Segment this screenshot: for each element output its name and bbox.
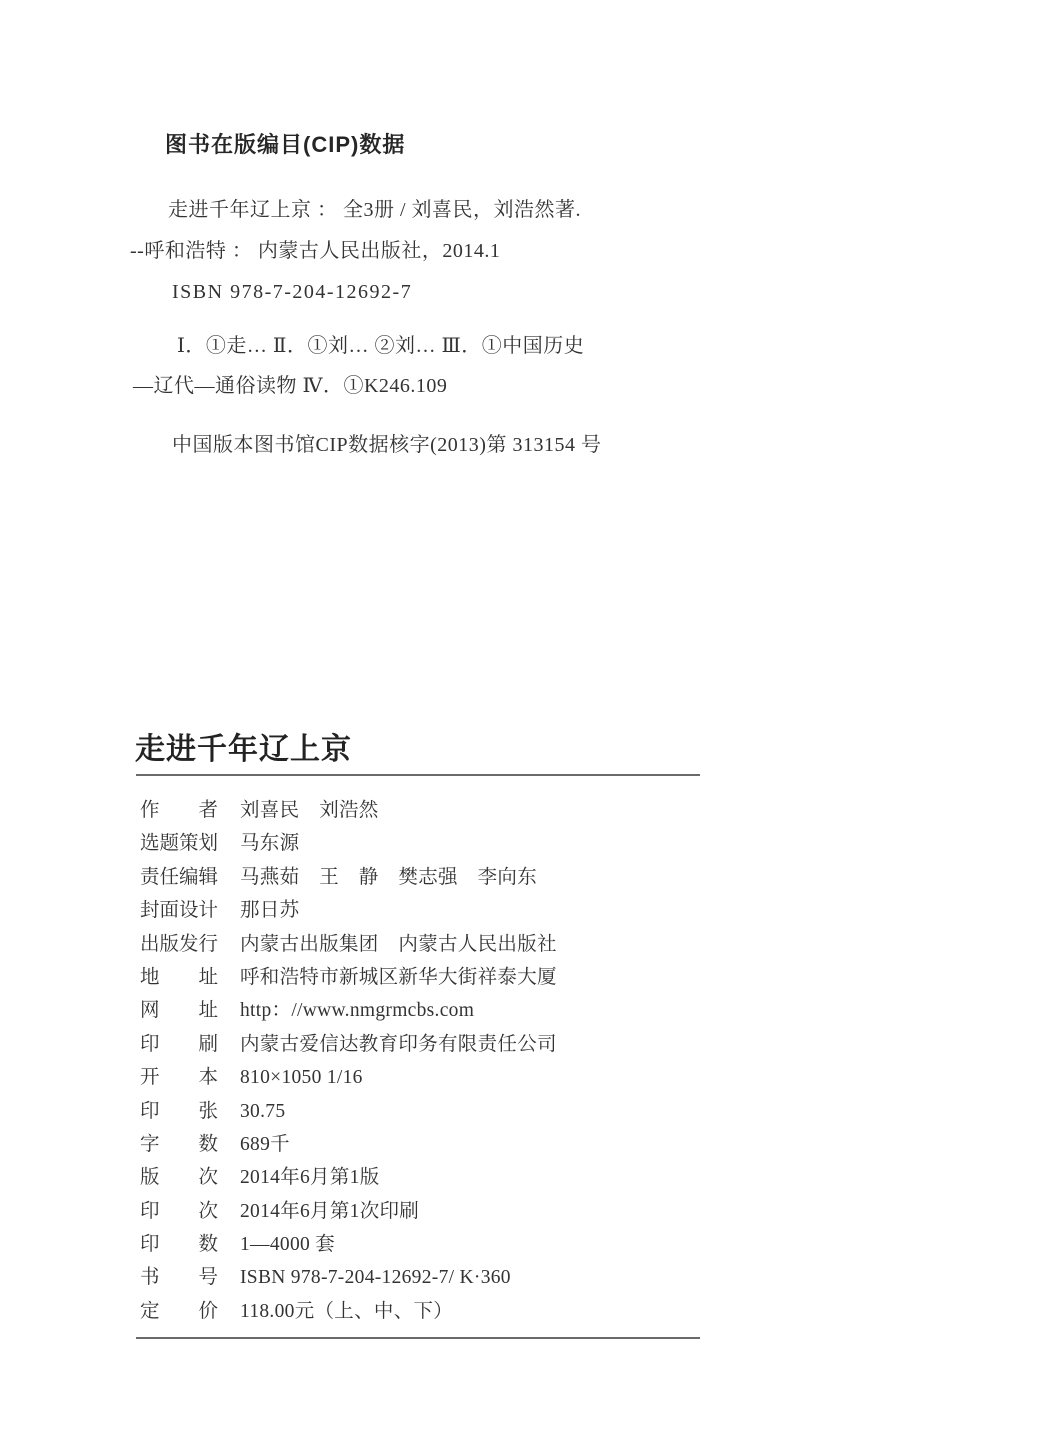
colophon-value: 内蒙古爱信达教育印务有限责任公司 — [240, 1028, 557, 1056]
colophon-label: 印次 — [140, 1195, 218, 1223]
colophon-value: 那日苏 — [240, 894, 299, 922]
colophon-row: 书号 ISBN 978-7-204-12692-7/ K·360 — [140, 1261, 760, 1294]
colophon-row: 印张 30.75 — [140, 1095, 760, 1128]
colophon-row: 印数 1—4000 套 — [140, 1228, 760, 1261]
colophon-value: 1—4000 套 — [240, 1228, 335, 1256]
bottom-divider-rule — [136, 1337, 700, 1339]
title-divider-rule — [136, 774, 700, 776]
colophon-label: 网址 — [140, 994, 218, 1022]
cip-record-line-1: 走进千年辽上京 ： 全3册 / 刘喜民，刘浩然著. — [130, 190, 581, 231]
colophon-value: 2014年6月第1次印刷 — [240, 1195, 419, 1223]
colophon-label: 选题策划 — [140, 827, 218, 855]
colophon-label: 印刷 — [140, 1028, 218, 1056]
colophon-label: 定价 — [140, 1295, 218, 1323]
colophon-label: 开本 — [140, 1061, 218, 1089]
colophon-label: 印数 — [140, 1228, 218, 1256]
colophon-label: 封面设计 — [140, 894, 218, 922]
colophon-value: 呼和浩特市新城区新华大街祥泰大厦 — [240, 961, 557, 989]
colophon-label: 作者 — [140, 794, 218, 822]
colophon-value: 马东源 — [240, 827, 299, 855]
cip-classification-line-2: —辽代—通俗读物 Ⅳ．①K246.109 — [133, 366, 584, 406]
colophon-row: 版次 2014年6月第1版 — [140, 1161, 760, 1194]
colophon-row: 开本 810×1050 1/16 — [140, 1061, 760, 1094]
colophon-label: 字数 — [140, 1128, 218, 1156]
colophon-label: 出版发行 — [140, 928, 218, 956]
cip-classification-line-1: Ⅰ．①走… Ⅱ．①刘… ②刘… Ⅲ．①中国历史 — [133, 326, 584, 366]
colophon-row: 网址 http：//www.nmgrmcbs.com — [140, 994, 760, 1027]
cip-data-header: 图书在版编目(CIP)数据 — [165, 128, 405, 159]
colophon-value: 810×1050 1/16 — [240, 1067, 363, 1089]
colophon-row: 定价 118.00元（上、中、下） — [140, 1295, 760, 1328]
colophon-row: 作者 刘喜民 刘浩然 — [140, 794, 760, 827]
colophon-value: 内蒙古出版集团 内蒙古人民出版社 — [240, 928, 557, 956]
colophon-value: 刘喜民 刘浩然 — [240, 794, 379, 822]
colophon-value: 马燕茹 王 静 樊志强 李向东 — [240, 861, 537, 889]
cip-record-number: 中国版本图书馆CIP数据核字(2013)第 313154 号 — [172, 428, 601, 457]
colophon-label: 版次 — [140, 1161, 218, 1189]
colophon-row: 出版发行 内蒙古出版集团 内蒙古人民出版社 — [140, 928, 760, 961]
colophon-label: 责任编辑 — [140, 861, 218, 889]
colophon-row: 封面设计 那日苏 — [140, 894, 760, 927]
book-title: 走进千年辽上京 — [135, 724, 352, 768]
cip-record-line-2: --呼和浩特 ： 内蒙古人民出版社，2014.1 — [130, 231, 581, 272]
colophon-label: 印张 — [140, 1095, 218, 1123]
colophon-value: 118.00元（上、中、下） — [240, 1295, 453, 1323]
colophon-label: 书号 — [140, 1261, 218, 1289]
colophon-value: 30.75 — [240, 1101, 285, 1123]
colophon-value: 689千 — [240, 1128, 290, 1156]
colophon-value: 2014年6月第1版 — [240, 1161, 380, 1189]
colophon-table: 作者 刘喜民 刘浩然 选题策划 马东源 责任编辑 马燕茹 王 静 樊志强 李向东… — [140, 794, 760, 1328]
colophon-value: http：//www.nmgrmcbs.com — [240, 994, 474, 1022]
cip-record-block: 走进千年辽上京 ： 全3册 / 刘喜民，刘浩然著. --呼和浩特 ： 内蒙古人民… — [130, 190, 581, 313]
colophon-row: 责任编辑 马燕茹 王 静 樊志强 李向东 — [140, 861, 760, 894]
cip-classification-block: Ⅰ．①走… Ⅱ．①刘… ②刘… Ⅲ．①中国历史 —辽代—通俗读物 Ⅳ．①K246… — [133, 326, 584, 406]
colophon-row: 字数 689千 — [140, 1128, 760, 1161]
colophon-value: ISBN 978-7-204-12692-7/ K·360 — [240, 1267, 511, 1289]
colophon-row: 印刷 内蒙古爱信达教育印务有限责任公司 — [140, 1028, 760, 1061]
cip-record-isbn: ISBN 978-7-204-12692-7 — [130, 272, 581, 313]
colophon-row: 地址 呼和浩特市新城区新华大街祥泰大厦 — [140, 961, 760, 994]
colophon-row: 印次 2014年6月第1次印刷 — [140, 1195, 760, 1228]
copyright-page: 图书在版编目(CIP)数据 走进千年辽上京 ： 全3册 / 刘喜民，刘浩然著. … — [0, 0, 1043, 1437]
colophon-row: 选题策划 马东源 — [140, 827, 760, 860]
colophon-label: 地址 — [140, 961, 218, 989]
